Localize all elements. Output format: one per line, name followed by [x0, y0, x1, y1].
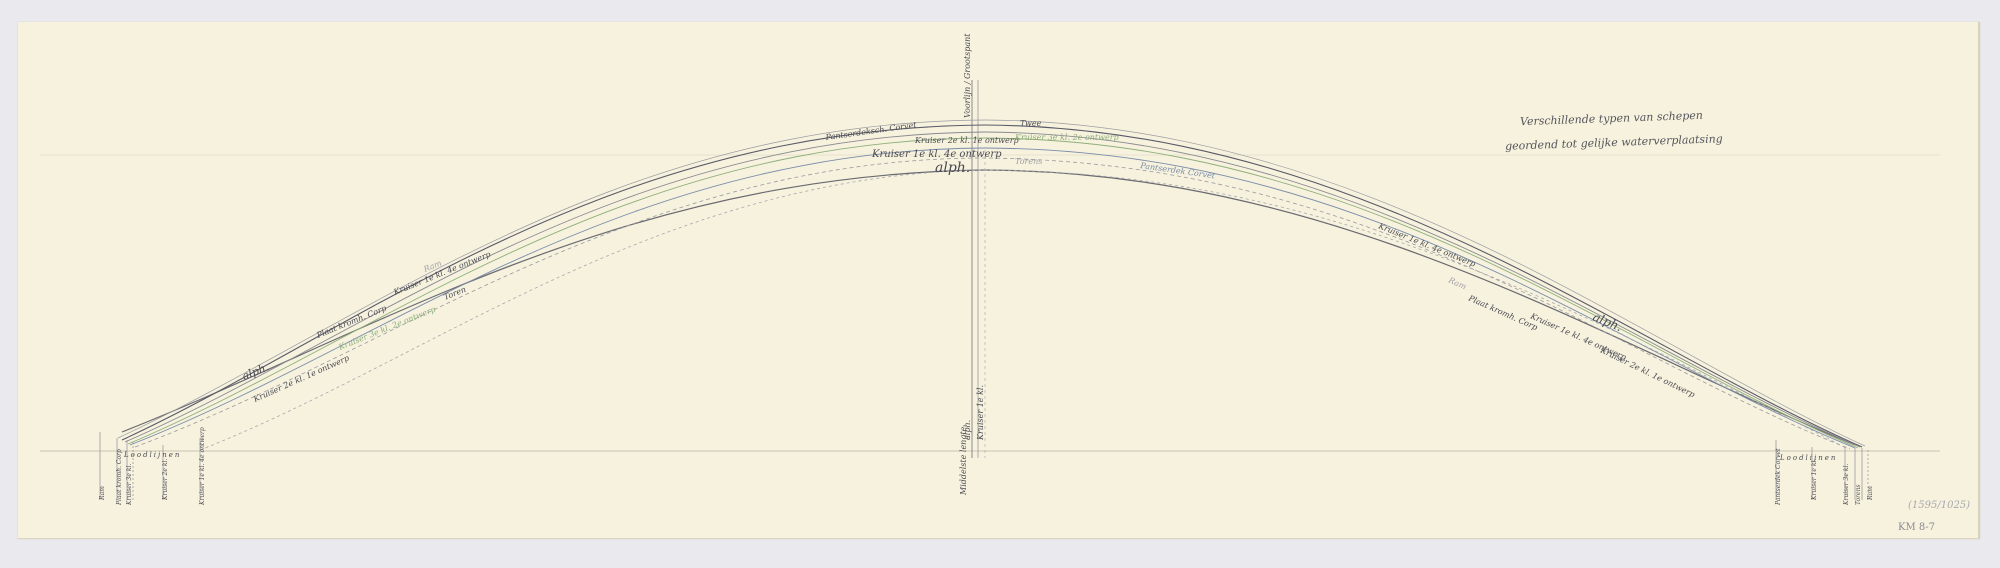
label-torens-right: Torens: [1015, 157, 1042, 166]
spacing-labels: Loodlijnen Loodlijnen: [123, 451, 1837, 462]
label-kruiser-2e-center: Kruiser 2e kl. 1e ontwerp: [914, 136, 1019, 145]
left-drop-lines: [100, 432, 200, 500]
curve-ram: [135, 158, 1850, 449]
label-loodlijnen-left: Loodlijnen: [123, 451, 181, 459]
curve-torens: [200, 170, 1848, 450]
label-pantserdek-left: Pantserdeksch. Corvet: [824, 120, 918, 142]
bottom-label-left-2: Plaat kromh. Corp: [116, 449, 123, 506]
label-center-kruiser: Kruiser 1e kl.: [976, 385, 985, 441]
label-alph-right: alph.: [1591, 310, 1624, 334]
hull-profile-diagram: Pantserdeksch. Corvet Kruiser 2e kl. 1e …: [0, 0, 2000, 568]
curve-kruiser-1e: [122, 125, 1862, 447]
bottom-label-right-5: Ram: [1867, 486, 1874, 501]
curve-twee: [118, 120, 1865, 446]
bottom-label-right-1: Pantserdek Corvet: [1775, 448, 1782, 506]
bottom-label-right-2: Kruiser 1e kl.: [1811, 459, 1818, 501]
bottom-label-left-3: Kruiser 3e kl.: [126, 464, 133, 506]
pencil-note: (1595/1025): [1908, 500, 1970, 511]
label-kruiser-1e-left: Kruiser 1e kl. 4e ontwerp: [391, 250, 491, 298]
label-pantserdek-right: Pantserdek Corvet: [1139, 161, 1217, 181]
label-twee: Twee: [1020, 119, 1042, 128]
label-loodlijnen-right: Loodlijnen: [1779, 454, 1837, 462]
label-kruiser-1e-center: Kruiser 1e kl. 4e ontwerp: [871, 149, 1002, 160]
bottom-label-left-1: Ram: [99, 486, 106, 501]
label-ram-right: Ram: [1446, 275, 1468, 291]
label-middelste-lengte: Middelste lengte: [959, 426, 968, 496]
label-center-line: Voorlijn / Grootspant: [963, 33, 972, 118]
label-alph-center: alph.: [935, 160, 970, 176]
label-plaat-right: Plaat kromh. Corp: [1466, 293, 1539, 332]
bottom-label-right-4: Torens: [1855, 484, 1862, 505]
bottom-left-labels: Ram Plaat kromh. Corp Kruiser 3e kl. Kru…: [99, 427, 206, 506]
bottom-label-right-3: Kruiser 3e kl.: [1843, 464, 1850, 506]
catalog-number: KM 8-7: [1898, 522, 1935, 533]
bottom-label-left-5: Kruiser 1e kl. 4e ontwerp: [199, 427, 206, 506]
bottom-label-left-4: Kruiser 2e kl.: [162, 459, 169, 501]
curve-labels: Pantserdeksch. Corvet Kruiser 2e kl. 1e …: [240, 119, 1696, 404]
hull-curves: [118, 120, 1865, 450]
label-alph-left: alph.: [240, 360, 271, 382]
label-kruiser-3e-right: Kruiser 3e kl. 2e ontwerp: [1014, 133, 1119, 142]
curve-kruiser-2e: [125, 132, 1860, 447]
curve-kruiser-3e: [128, 138, 1858, 448]
